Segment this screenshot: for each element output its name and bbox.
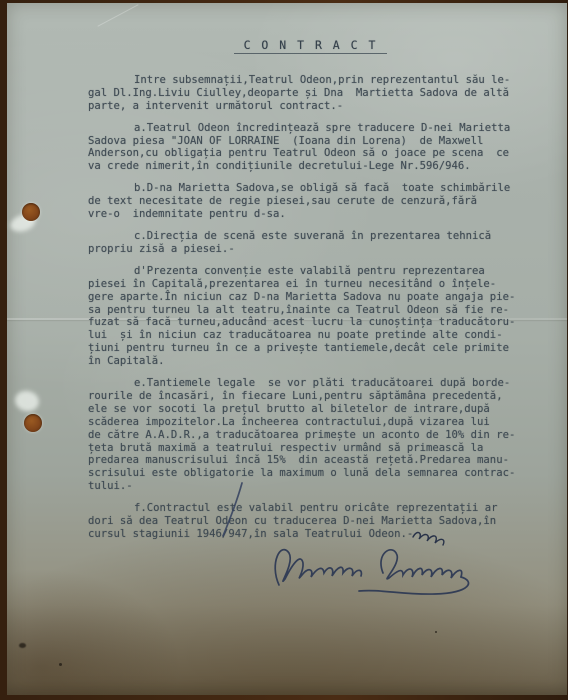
- text-line: Intre subsemnații,Teatrul Odeon,prin rep…: [88, 74, 533, 87]
- text-line: în Capitală.: [88, 355, 533, 368]
- text-line: sa pentru turneu la alt teatru,înainte c…: [88, 304, 533, 317]
- paper-tear: [13, 389, 41, 414]
- text-line: parte, a intervenit următorul contract.-: [88, 100, 533, 113]
- page-title: C O N T R A C T: [234, 39, 388, 54]
- text-line: propriu zisă a piesei.-: [88, 243, 533, 256]
- text-line: vre-o indemnitate pentru d-sa.: [88, 208, 533, 221]
- paper-stain: [59, 663, 62, 666]
- text-line: predarea manuscrisului încă 15% din acea…: [88, 454, 533, 467]
- text-line: c.Direcția de scenă este suverană în pre…: [88, 230, 533, 243]
- punch-hole: [24, 414, 42, 432]
- clause-b: b.D-na Marietta Sadova,se obligă să facă…: [88, 182, 533, 221]
- clause-c: c.Direcția de scenă este suverană în pre…: [88, 230, 533, 256]
- text-line: piesei în Capitală,prezentarea ei în tur…: [88, 278, 533, 291]
- text-line: scrisului este obligatorie la maximum o …: [88, 467, 533, 480]
- paper-stain: [435, 631, 437, 633]
- clause-a: a.Teatrul Odeon încredințează spre tradu…: [88, 122, 533, 174]
- text-line: fuzat să facă turneu,aducând acest lucru…: [88, 316, 533, 329]
- text-line: tului.-: [88, 480, 533, 493]
- text-line: scăderea impozitelor.La încheerea contra…: [88, 416, 533, 429]
- paper-sheet: C O N T R A C T Intre subsemnații,Teatru…: [7, 3, 567, 695]
- text-line: rourile de încasări, în fiecare Luni,pen…: [88, 390, 533, 403]
- punch-hole: [22, 203, 40, 221]
- text-line: va crede nimerit,în condițiunile decretu…: [88, 160, 533, 173]
- paper-stain: [19, 643, 26, 648]
- typewritten-text: C O N T R A C T Intre subsemnații,Teatru…: [88, 33, 533, 550]
- text-line: f.Contractul este valabil pentru oricâte…: [88, 502, 533, 515]
- text-line: de către A.A.D.R.,a traducătoarea primeș…: [88, 429, 533, 442]
- clause-d: d'Prezenta convenție este valabilă pentr…: [88, 265, 533, 368]
- text-line: b.D-na Marietta Sadova,se obligă să facă…: [88, 182, 533, 195]
- paper-crease: [97, 4, 138, 26]
- text-line: ele se vor socoti la prețul brutto al bi…: [88, 403, 533, 416]
- paragraph-intro: Intre subsemnații,Teatrul Odeon,prin rep…: [88, 74, 533, 113]
- title-row: C O N T R A C T: [88, 39, 533, 54]
- text-line: Sadova piesa "JOAN OF LORRAINE (Ioana di…: [88, 135, 533, 148]
- text-line: țeta brută maximă a teatrului respectiv …: [88, 442, 533, 455]
- text-line: lui și în niciun caz traducătoarea nu po…: [88, 329, 533, 342]
- text-line: a.Teatrul Odeon încredințează spre tradu…: [88, 122, 533, 135]
- text-line: e.Tantiemele legale se vor plăti traducă…: [88, 377, 533, 390]
- handwritten-signature: [245, 523, 497, 611]
- scanned-contract-page: { "document": { "title": "C O N T R A C …: [0, 0, 568, 700]
- text-line: de text necesitate de regie piesei,sau c…: [88, 195, 533, 208]
- clause-e: e.Tantiemele legale se vor plăti traducă…: [88, 377, 533, 493]
- text-line: țiuni pentru turneu în ce a privește tan…: [88, 342, 533, 355]
- text-line: gere aparte.În niciun caz D-na Marietta …: [88, 291, 533, 304]
- text-line: gal Dl.Ing.Liviu Ciulley,deoparte și Dna…: [88, 87, 533, 100]
- text-line: Anderson,cu obligația pentru Teatrul Ode…: [88, 147, 533, 160]
- text-line: d'Prezenta convenție este valabilă pentr…: [88, 265, 533, 278]
